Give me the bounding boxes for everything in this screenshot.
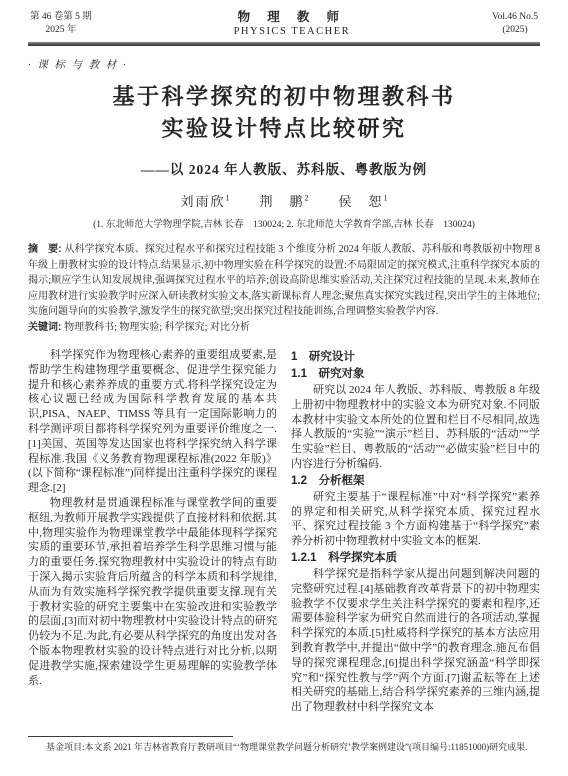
author-list: 刘雨欣1 荆 鹏2 侯 恕1 [28,191,540,210]
author-2-affil-mark: 2 [305,194,309,203]
body-paragraph: 研究以 2024 年人教版、苏科版、粤教版 8 年级上册初中物理教材中的实验文本… [291,383,540,472]
article-subtitle: ——以 2024 年人教版、苏科版、粤教版为例 [28,158,540,178]
author-1-affil-mark: 1 [225,194,229,203]
journal-title-cn: 物 理 教 师 [234,10,351,25]
section-heading-1-2-1: 1.2.1 科学探究本质 [291,550,540,566]
affiliation: (1. 东北师范大学物理学院,吉林 长春 130024; 2. 东北师范大学教育… [28,216,540,230]
journal-title: 物 理 教 师 PHYSICS TEACHER [234,10,351,38]
abstract-label: 摘 要: [28,244,64,255]
keywords-text: 物理教科书; 物理实验; 科学探究; 对比分析 [64,322,250,333]
abstract-text: 从科学探究本质、探究过程水平和探究过程技能 3 个维度分析 2024 年版人教版… [28,244,540,317]
body-paragraph: 研究主要基于“课程标准”中对“科学探究”素养的界定和相关研究,从科学探究本质、探… [291,490,540,549]
funding-footnote: 基金项目:本文系 2021 年吉林省教育厅教研项目“‘物理课堂教学问题分析研究’… [28,741,540,754]
footnote-separator [28,736,233,737]
left-column: 科学探究作为物理核心素养的重要组成要素,是帮助学生构建物理学重要概念、促进学生探… [28,348,277,732]
journal-page: 第 46 卷第 5 期 2025 年 物 理 教 师 PHYSICS TEACH… [0,0,568,776]
section-heading-1: 1 研究设计 [291,349,540,365]
author-2-name: 荆 鹏 [259,194,304,209]
volume-number-en: Vol.46 No.5 [492,11,538,24]
author-2: 荆 鹏2 [259,191,308,210]
body-paragraph: 科学探究是指科学家从提出问题到解决问题的完整研究过程.[4]基础教育改革背景下的… [291,567,540,715]
article-title: 基于科学探究的初中物理教科书 实验设计特点比较研究 [28,81,540,145]
author-3-name: 侯 恕 [339,194,384,209]
header-rule [28,42,540,46]
keywords-label: 关键词: [28,322,64,333]
article-title-line1: 基于科学探究的初中物理教科书 [28,81,540,113]
author-3-affil-mark: 1 [384,194,388,203]
right-column: 1 研究设计 1.1 研究对象 研究以 2024 年人教版、苏科版、粤教版 8 … [291,348,540,732]
author-3: 侯 恕1 [339,191,388,210]
author-1: 刘雨欣1 [180,191,229,210]
section-heading-1-1: 1.1 研究对象 [291,366,540,382]
abstract-paragraph: 摘 要: 从科学探究本质、探究过程水平和探究过程技能 3 个维度分析 2024 … [28,242,540,320]
volume-year-en: (2025) [492,24,538,37]
journal-header: 第 46 卷第 5 期 2025 年 物 理 教 师 PHYSICS TEACH… [28,10,540,38]
section-heading-1-2: 1.2 分析框架 [291,473,540,489]
issue-year-cn: 2025 年 [30,24,92,37]
article-title-line2: 实验设计特点比较研究 [28,113,540,145]
body-paragraph: 科学探究作为物理核心素养的重要组成要素,是帮助学生构建物理学重要概念、促进学生探… [28,348,277,496]
keywords-line: 关键词: 物理教科书; 物理实验; 科学探究; 对比分析 [28,320,540,336]
column-label: · 课 标 与 教 材 · [28,57,540,72]
abstract-block: 摘 要: 从科学探究本质、探究过程水平和探究过程技能 3 个维度分析 2024 … [28,242,540,335]
header-volume-info: Vol.46 No.5 (2025) [492,11,538,37]
journal-title-en: PHYSICS TEACHER [234,25,351,38]
body-columns: 科学探究作为物理核心素养的重要组成要素,是帮助学生构建物理学重要概念、促进学生探… [28,348,540,732]
author-1-name: 刘雨欣 [180,194,225,209]
header-issue-info: 第 46 卷第 5 期 2025 年 [30,11,92,37]
body-paragraph: 物理教材是贯通课程标准与课堂教学间的重要枢纽,为教师开展教学实践提供了直接材料和… [28,496,277,688]
issue-number-cn: 第 46 卷第 5 期 [30,11,92,24]
